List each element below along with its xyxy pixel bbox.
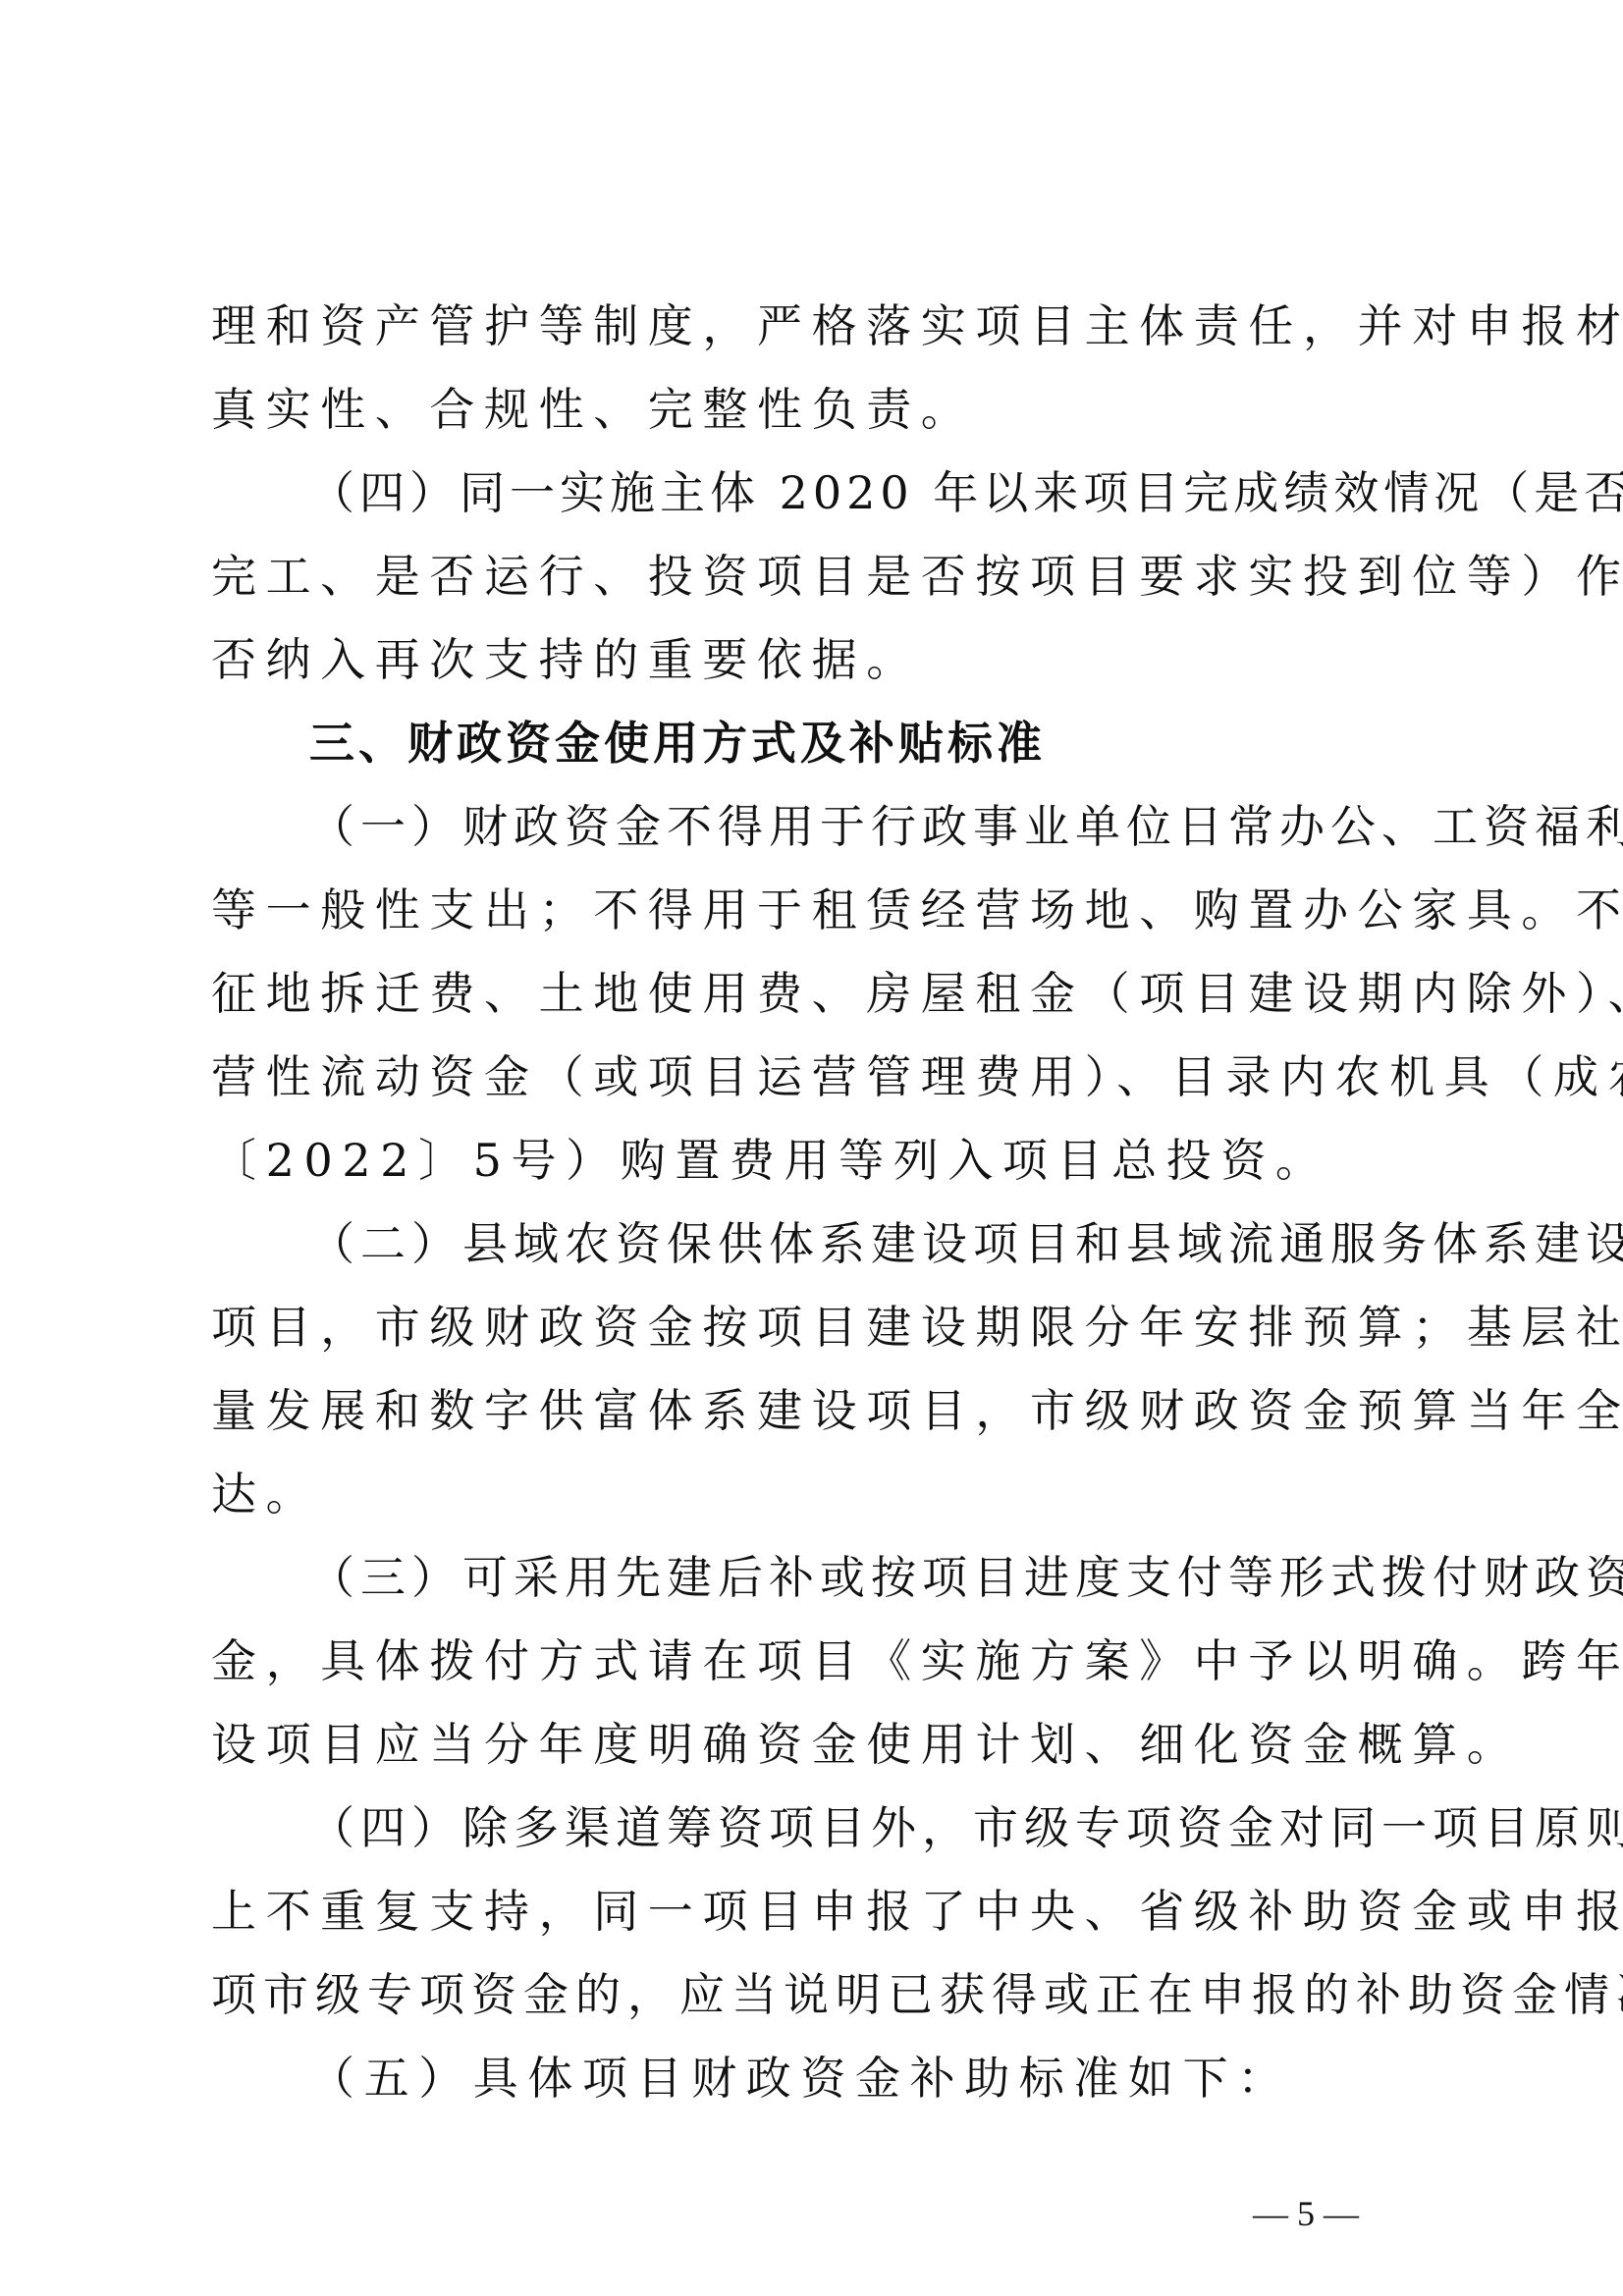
paragraph-line: 理和资产管护等制度，严格落实项目主体责任，并对申报材料的 bbox=[211, 296, 1434, 355]
paragraph-line: 营性流动资金（或项目运营管理费用）、目录内农机具（成农机 bbox=[211, 1047, 1434, 1106]
paragraph-line: （一）财政资金不得用于行政事业单位日常办公、工资福利 bbox=[309, 797, 1434, 856]
paragraph-line: 〔2022〕5号）购置费用等列入项目总投资。 bbox=[211, 1131, 1434, 1190]
paragraph-line: 项市级专项资金的，应当说明已获得或正在申报的补助资金情况。 bbox=[211, 1965, 1434, 2024]
paragraph-line: 征地拆迁费、土地使用费、房屋租金（项目建设期内除外）、经 bbox=[211, 964, 1434, 1023]
paragraph-line: 否纳入再次支持的重要依据。 bbox=[211, 630, 1434, 689]
paragraph-line: （三）可采用先建后补或按项目进度支付等形式拨付财政资 bbox=[309, 1548, 1434, 1607]
paragraph-line: 上不重复支持，同一项目申报了中央、省级补助资金或申报了多 bbox=[211, 1882, 1434, 1941]
paragraph-line: 等一般性支出；不得用于租赁经营场地、购置办公家具。不得将 bbox=[211, 881, 1434, 939]
document-page: 理和资产管护等制度，严格落实项目主体责任，并对申报材料的 真实性、合规性、完整性… bbox=[0, 0, 1623, 2296]
paragraph-line: 真实性、合规性、完整性负责。 bbox=[211, 380, 1434, 439]
page-number: — 5 — bbox=[1237, 2189, 1375, 2238]
paragraph-line: （四）除多渠道筹资项目外，市级专项资金对同一项目原则 bbox=[309, 1798, 1434, 1857]
paragraph-line: 设项目应当分年度明确资金使用计划、细化资金概算。 bbox=[211, 1715, 1434, 1774]
section-heading: 三、财政资金使用方式及补贴标准 bbox=[309, 714, 1434, 773]
paragraph-line: 项目，市级财政资金按项目建设期限分年安排预算；基层社高质 bbox=[211, 1298, 1434, 1357]
paragraph-line: 达。 bbox=[211, 1465, 1434, 1523]
paragraph-line: （五）具体项目财政资金补助标准如下： bbox=[309, 2049, 1434, 2108]
paragraph-line: （四）同一实施主体 2020 年以来项目完成绩效情况（是否 bbox=[309, 463, 1434, 522]
paragraph-line: 量发展和数字供富体系建设项目，市级财政资金预算当年全额下 bbox=[211, 1381, 1434, 1440]
paragraph-line: （二）县域农资保供体系建设项目和县域流通服务体系建设 bbox=[309, 1214, 1434, 1273]
paragraph-line: 金，具体拨付方式请在项目《实施方案》中予以明确。跨年度建 bbox=[211, 1631, 1434, 1690]
paragraph-line: 完工、是否运行、投资项目是否按项目要求实投到位等）作为是 bbox=[211, 547, 1434, 606]
